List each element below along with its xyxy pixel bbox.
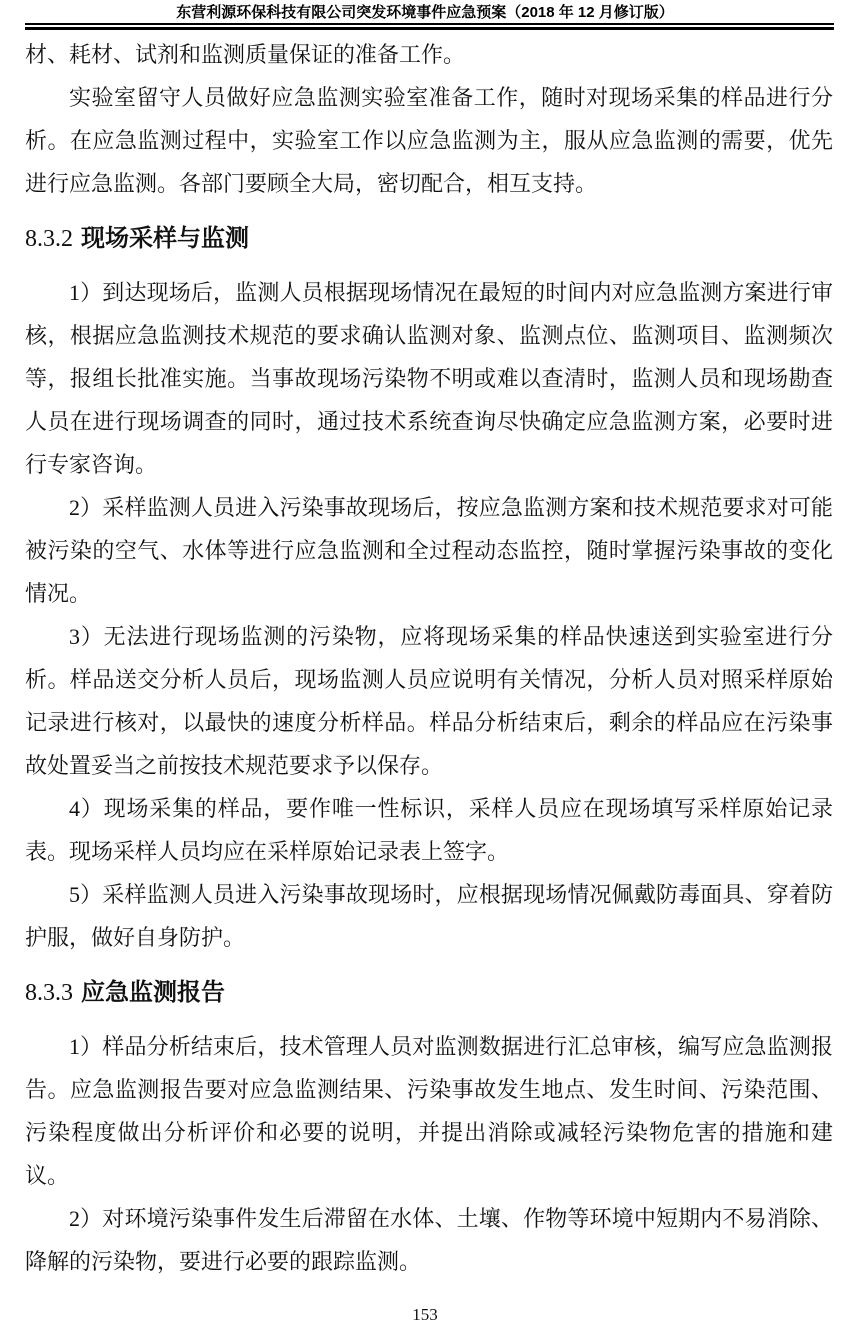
document-page: 东营利源环保科技有限公司突发环境事件应急预案（2018 年 12 月修订版） 材… xyxy=(0,0,850,1333)
section-number: 8.3.3 xyxy=(25,980,73,1006)
paragraph: 1）到达现场后，监测人员根据现场情况在最短的时间内对应急监测方案进行审核，根据应… xyxy=(25,271,833,486)
paragraph: 4）现场采集的样品，要作唯一性标识，采样人员应在现场填写采样原始记录表。现场采样… xyxy=(25,787,833,873)
section-title: 现场采样与监测 xyxy=(81,225,249,252)
page-header-title: 东营利源环保科技有限公司突发环境事件应急预案（2018 年 12 月修订版） xyxy=(0,0,850,22)
paragraph: 2）对环境污染事件发生后滞留在水体、土壤、作物等环境中短期内不易消除、降解的污染… xyxy=(25,1197,833,1283)
document-body: 材、耗材、试剂和监测质量保证的准备工作。 实验室留守人员做好应急监测实验室准备工… xyxy=(25,33,833,1283)
paragraph: 1）样品分析结束后，技术管理人员对监测数据进行汇总审核，编写应急监测报告。应急监… xyxy=(25,1025,833,1197)
paragraph: 5）采样监测人员进入污染事故现场时，应根据现场情况佩戴防毒面具、穿着防护服，做好… xyxy=(25,873,833,959)
paragraph: 实验室留守人员做好应急监测实验室准备工作，随时对现场采集的样品进行分析。在应急监… xyxy=(25,76,833,205)
paragraph: 2）采样监测人员进入污染事故现场后，按应急监测方案和技术规范要求对可能被污染的空… xyxy=(25,486,833,615)
paragraph: 3）无法进行现场监测的污染物，应将现场采集的样品快速送到实验室进行分析。样品送交… xyxy=(25,615,833,787)
paragraph-continuation: 材、耗材、试剂和监测质量保证的准备工作。 xyxy=(25,33,833,76)
section-title: 应急监测报告 xyxy=(81,979,225,1006)
header-divider-rule xyxy=(25,23,834,30)
section-heading-8-3-2: 8.3.2现场采样与监测 xyxy=(25,217,833,261)
section-number: 8.3.2 xyxy=(25,226,73,252)
section-heading-8-3-3: 8.3.3应急监测报告 xyxy=(25,971,833,1015)
page-number: 153 xyxy=(0,1305,850,1325)
